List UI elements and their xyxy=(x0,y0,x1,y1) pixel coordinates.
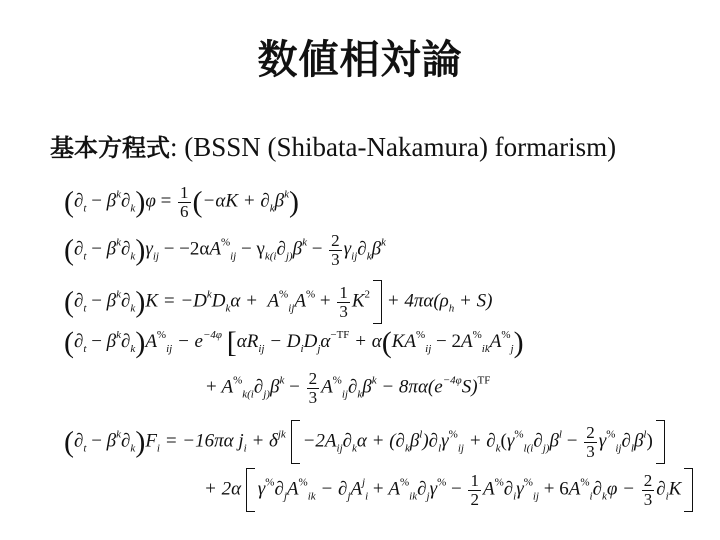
equation-F-continued: + 2α γ%∂jA%ik − ∂jAji + A%ik∂jγ% − 12A%∂… xyxy=(204,468,693,512)
right-bracket xyxy=(373,280,382,324)
fraction-one-sixth: 16 xyxy=(178,184,191,221)
fraction-two-thirds: 23 xyxy=(584,424,597,461)
slide-title: 数値相対論 xyxy=(0,28,720,85)
equation-A-tilde: (∂t − βk∂k)A%ij − e−4φ [αRij − DiDjα−TF … xyxy=(64,330,524,355)
equation-K: (∂t − βk∂k)K = −DkDkα + A%ijA% + 13K2 + … xyxy=(64,280,492,324)
subtitle-english: : (BSSN (Shibata-Nakamura) formarism) xyxy=(170,132,616,162)
left-bracket xyxy=(246,468,255,512)
phi-symbol: φ xyxy=(145,191,156,212)
fraction-one-half: 12 xyxy=(468,472,481,509)
fraction-one-third: 13 xyxy=(337,284,350,321)
equation-A-tilde-continued: + A%k(i∂j)βk − 23A%ij∂kβk − 8πα(e−4φS)TF xyxy=(206,370,490,407)
slide-subtitle: 基本方程式: (BSSN (Shibata-Nakamura) formaris… xyxy=(50,128,616,163)
equation-gamma: (∂t − βk∂k)γij − −2αA%ij − γk(i∂j)βk − 2… xyxy=(64,232,386,269)
equation-F: (∂t − βk∂k)Fi = −16πα ji + δjk −2Aij∂kα … xyxy=(64,420,665,464)
right-bracket xyxy=(656,420,665,464)
equation-phi: (∂t − βk∂k)φ = 16(−αK + ∂kβk) xyxy=(64,184,299,221)
right-bracket xyxy=(684,468,693,512)
fraction-two-thirds: 23 xyxy=(307,370,320,407)
left-bracket xyxy=(291,420,300,464)
subtitle-japanese: 基本方程式 xyxy=(50,134,170,162)
fraction-two-thirds: 23 xyxy=(642,472,655,509)
fraction-two-thirds: 23 xyxy=(329,232,342,269)
